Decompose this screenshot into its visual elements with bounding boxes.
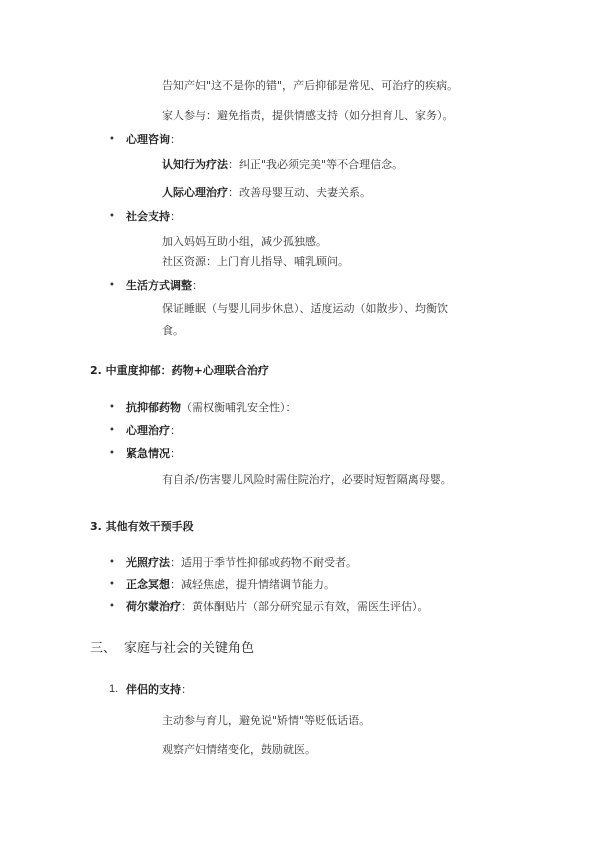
paragraph-line: 食。 — [162, 324, 184, 338]
list-item-social: 社会支持： — [126, 210, 181, 224]
colon: ： — [170, 133, 181, 146]
bullet-icon: • — [109, 447, 115, 461]
sub-item-text: ：改善母婴互动、夫妻关系。 — [228, 186, 371, 199]
list-item-term: 心理咨询 — [126, 133, 170, 146]
sub-item: 认知行为疗法：纠正"我必须完美"等不合理信念。 — [162, 158, 403, 172]
paragraph-line: 主动参与育儿，避免说"矫情"等贬低话语。 — [162, 714, 370, 728]
list-item-term: 生活方式调整 — [126, 279, 192, 292]
sub-item-term: 认知行为疗法 — [162, 158, 228, 171]
list-item-term: 抗抑郁药物 — [126, 401, 181, 414]
list-item: 光照疗法：适用于季节性抑郁或药物不耐受者。 — [126, 556, 357, 570]
bullet-icon: • — [109, 424, 115, 438]
list-item-lifestyle: 生活方式调整： — [126, 279, 203, 293]
section-heading-moderate: 2. 中重度抑郁：药物+心理联合治疗 — [90, 362, 269, 378]
numbered-item-partner: 伴侣的支持： — [126, 683, 192, 697]
bullet-icon: • — [109, 600, 115, 614]
list-item-psych: 心理咨询： — [126, 133, 181, 147]
paragraph-line: 保证睡眠（与婴儿同步休息）、适度运动（如散步）、均衡饮 — [162, 302, 448, 316]
bullet-icon: • — [109, 133, 115, 147]
colon: ： — [170, 210, 181, 223]
list-item-text: ： — [170, 447, 181, 460]
list-item-term: 心理治疗 — [126, 424, 170, 437]
section-heading-other: 3. 其他有效干预手段 — [90, 518, 194, 534]
colon: ： — [192, 279, 203, 292]
sub-item-text: ：纠正"我必须完美"等不合理信念。 — [228, 158, 403, 171]
bullet-icon: • — [109, 556, 115, 570]
section-number: 三、 — [90, 637, 116, 656]
list-item-text: ：减轻焦虑，提升情绪调节能力。 — [170, 578, 335, 591]
list-item: 心理治疗： — [126, 424, 181, 438]
numbered-item-label: 伴侣的支持 — [126, 683, 181, 696]
section-heading-family: 家庭与社会的关键角色 — [124, 637, 254, 656]
list-item-term: 紧急情况 — [126, 447, 170, 460]
colon: ： — [181, 683, 192, 696]
list-item: 荷尔蒙治疗：黄体酮贴片（部分研究显示有效，需医生评估）。 — [126, 600, 429, 614]
bullet-icon: • — [109, 401, 115, 415]
numbered-item-number: 1. — [109, 683, 118, 695]
bullet-icon: • — [109, 279, 115, 293]
list-item-term: 荷尔蒙治疗 — [126, 600, 181, 613]
sub-item-term: 人际心理治疗 — [162, 186, 228, 199]
paragraph-line: 加入妈妈互助小组，减少孤独感。 — [162, 235, 327, 249]
paragraph-line: 有自杀/伤害婴儿风险时需住院治疗，必要时短暂隔离母婴。 — [162, 473, 452, 487]
paragraph-line: 社区资源：上门育儿指导、哺乳顾问。 — [162, 255, 349, 269]
list-item-text: ：黄体酮贴片（部分研究显示有效，需医生评估）。 — [181, 600, 429, 613]
list-item-term: 社会支持 — [126, 210, 170, 223]
list-item-term: 正念冥想 — [126, 578, 170, 591]
paragraph-line: 观察产妇情绪变化，鼓励就医。 — [162, 743, 316, 757]
list-item: 正念冥想：减轻焦虑，提升情绪调节能力。 — [126, 578, 335, 592]
list-item-text: ： — [170, 424, 181, 437]
sub-item: 人际心理治疗：改善母婴互动、夫妻关系。 — [162, 186, 371, 200]
paragraph-line: 家人参与：避免指责，提供情感支持（如分担育儿、家务）。 — [162, 109, 454, 123]
list-item-text: ：适用于季节性抑郁或药物不耐受者。 — [170, 556, 357, 569]
list-item: 抗抑郁药物（需权衡哺乳安全性）： — [126, 401, 297, 415]
bullet-icon: • — [109, 578, 115, 592]
paragraph-line: 告知产妇"这不是你的错"，产后抑郁是常见、可治疗的疾病。 — [162, 79, 458, 93]
list-item-term: 光照疗法 — [126, 556, 170, 569]
list-item: 紧急情况： — [126, 447, 181, 461]
bullet-icon: • — [109, 210, 115, 224]
list-item-text: （需权衡哺乳安全性）： — [181, 401, 297, 414]
